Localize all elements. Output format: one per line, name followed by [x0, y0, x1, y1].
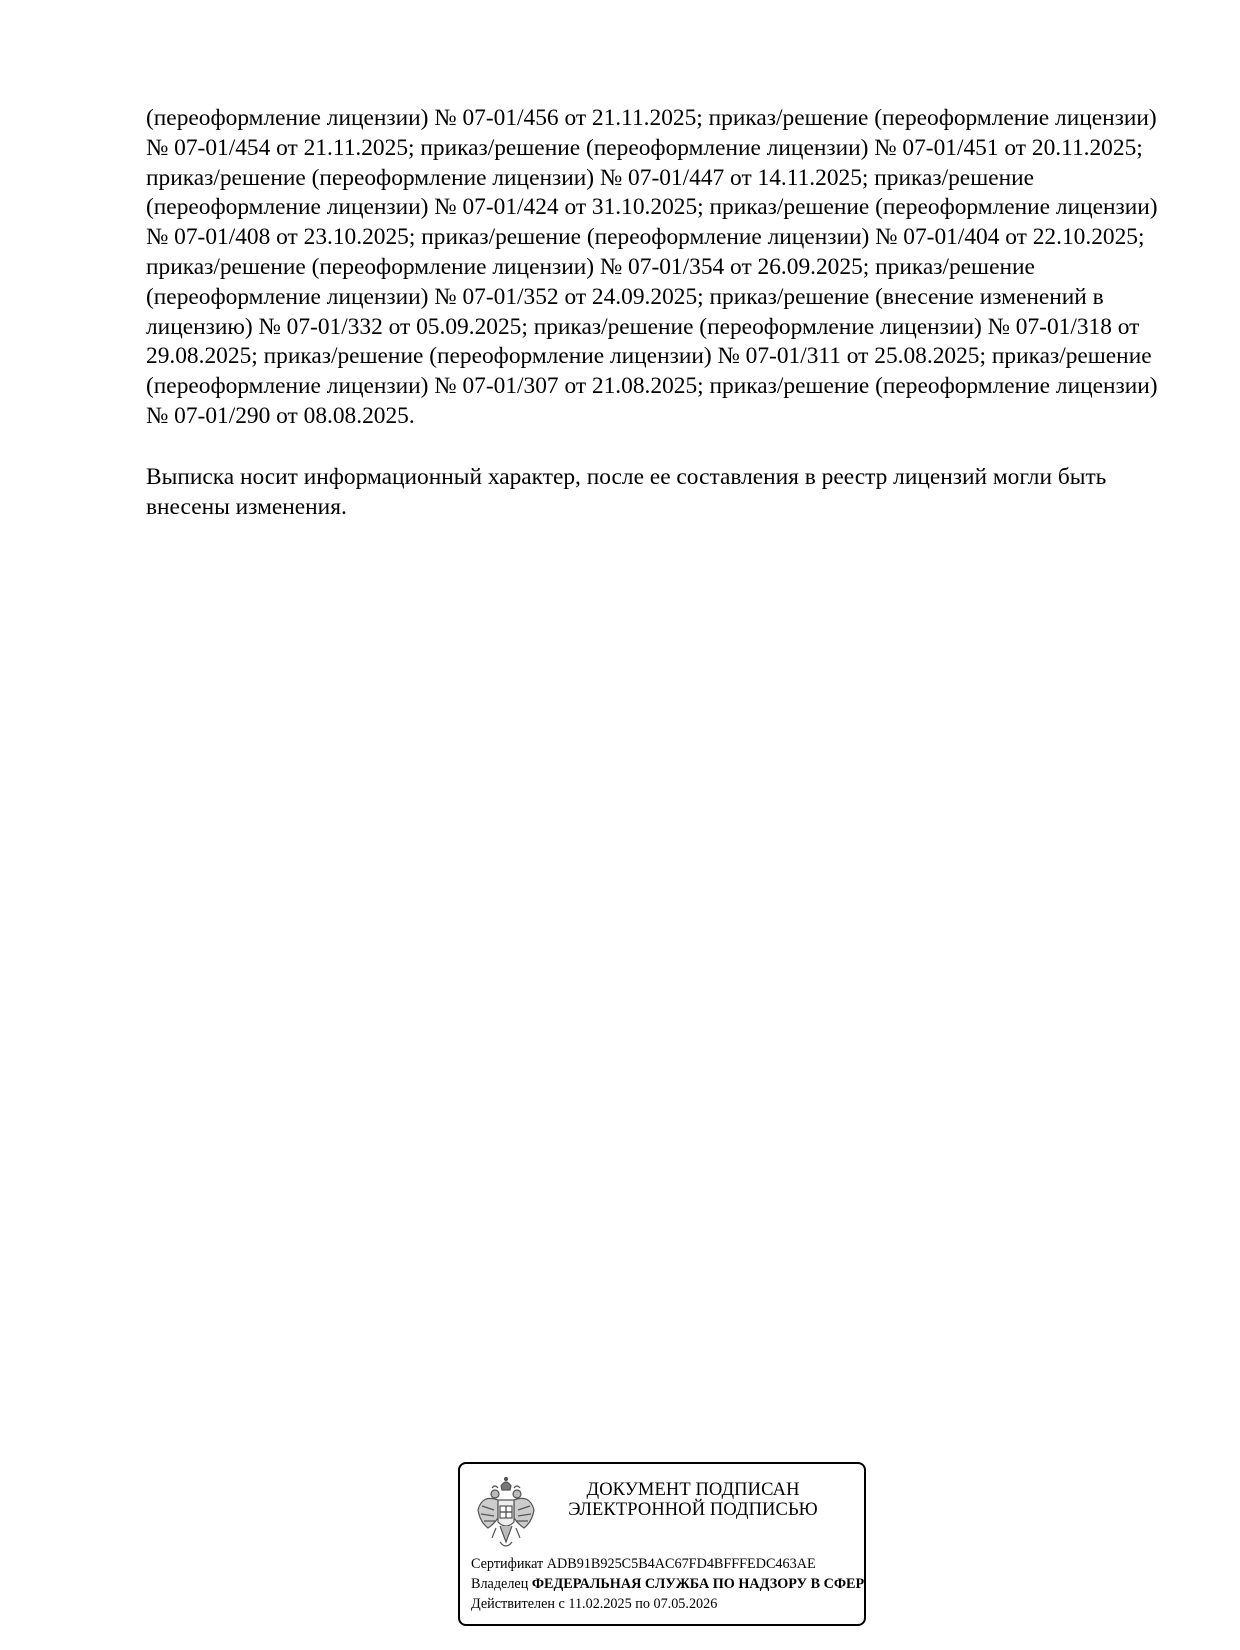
disclaimer-paragraph: Выписка носит информационный характер, п… — [146, 463, 1166, 523]
signature-title-line2: ЭЛЕКТРОННОЙ ПОДПИСЬЮ — [568, 1500, 818, 1520]
certificate-label: Сертификат — [471, 1556, 543, 1572]
russian-coat-of-arms-icon — [474, 1476, 538, 1552]
certificate-line: Сертификат ADB91B925C5B4AC67FD4BFFFEDC46… — [471, 1554, 866, 1574]
validity-line: Действителен с 11.02.2025 по 07.05.2026 — [471, 1594, 866, 1614]
signature-title: ДОКУМЕНТ ПОДПИСАН ЭЛЕКТРОННОЙ ПОДПИСЬЮ — [568, 1480, 818, 1520]
electronic-signature-stamp: ДОКУМЕНТ ПОДПИСАН ЭЛЕКТРОННОЙ ПОДПИСЬЮ С… — [458, 1462, 866, 1626]
owner-line: Владелец ФЕДЕРАЛЬНАЯ СЛУЖБА ПО НАДЗОРУ В… — [471, 1574, 866, 1594]
certificate-value: ADB91B925C5B4AC67FD4BFFFEDC463AE — [547, 1556, 816, 1572]
signature-title-line1: ДОКУМЕНТ ПОДПИСАН — [568, 1480, 818, 1500]
signature-details: Сертификат ADB91B925C5B4AC67FD4BFFFEDC46… — [471, 1554, 866, 1614]
owner-label: Владелец — [471, 1576, 528, 1592]
license-orders-paragraph: (переоформление лицензии) № 07-01/456 от… — [146, 104, 1166, 432]
owner-value: ФЕДЕРАЛЬНАЯ СЛУЖБА ПО НАДЗОРУ В СФЕРЕ — [532, 1576, 866, 1592]
